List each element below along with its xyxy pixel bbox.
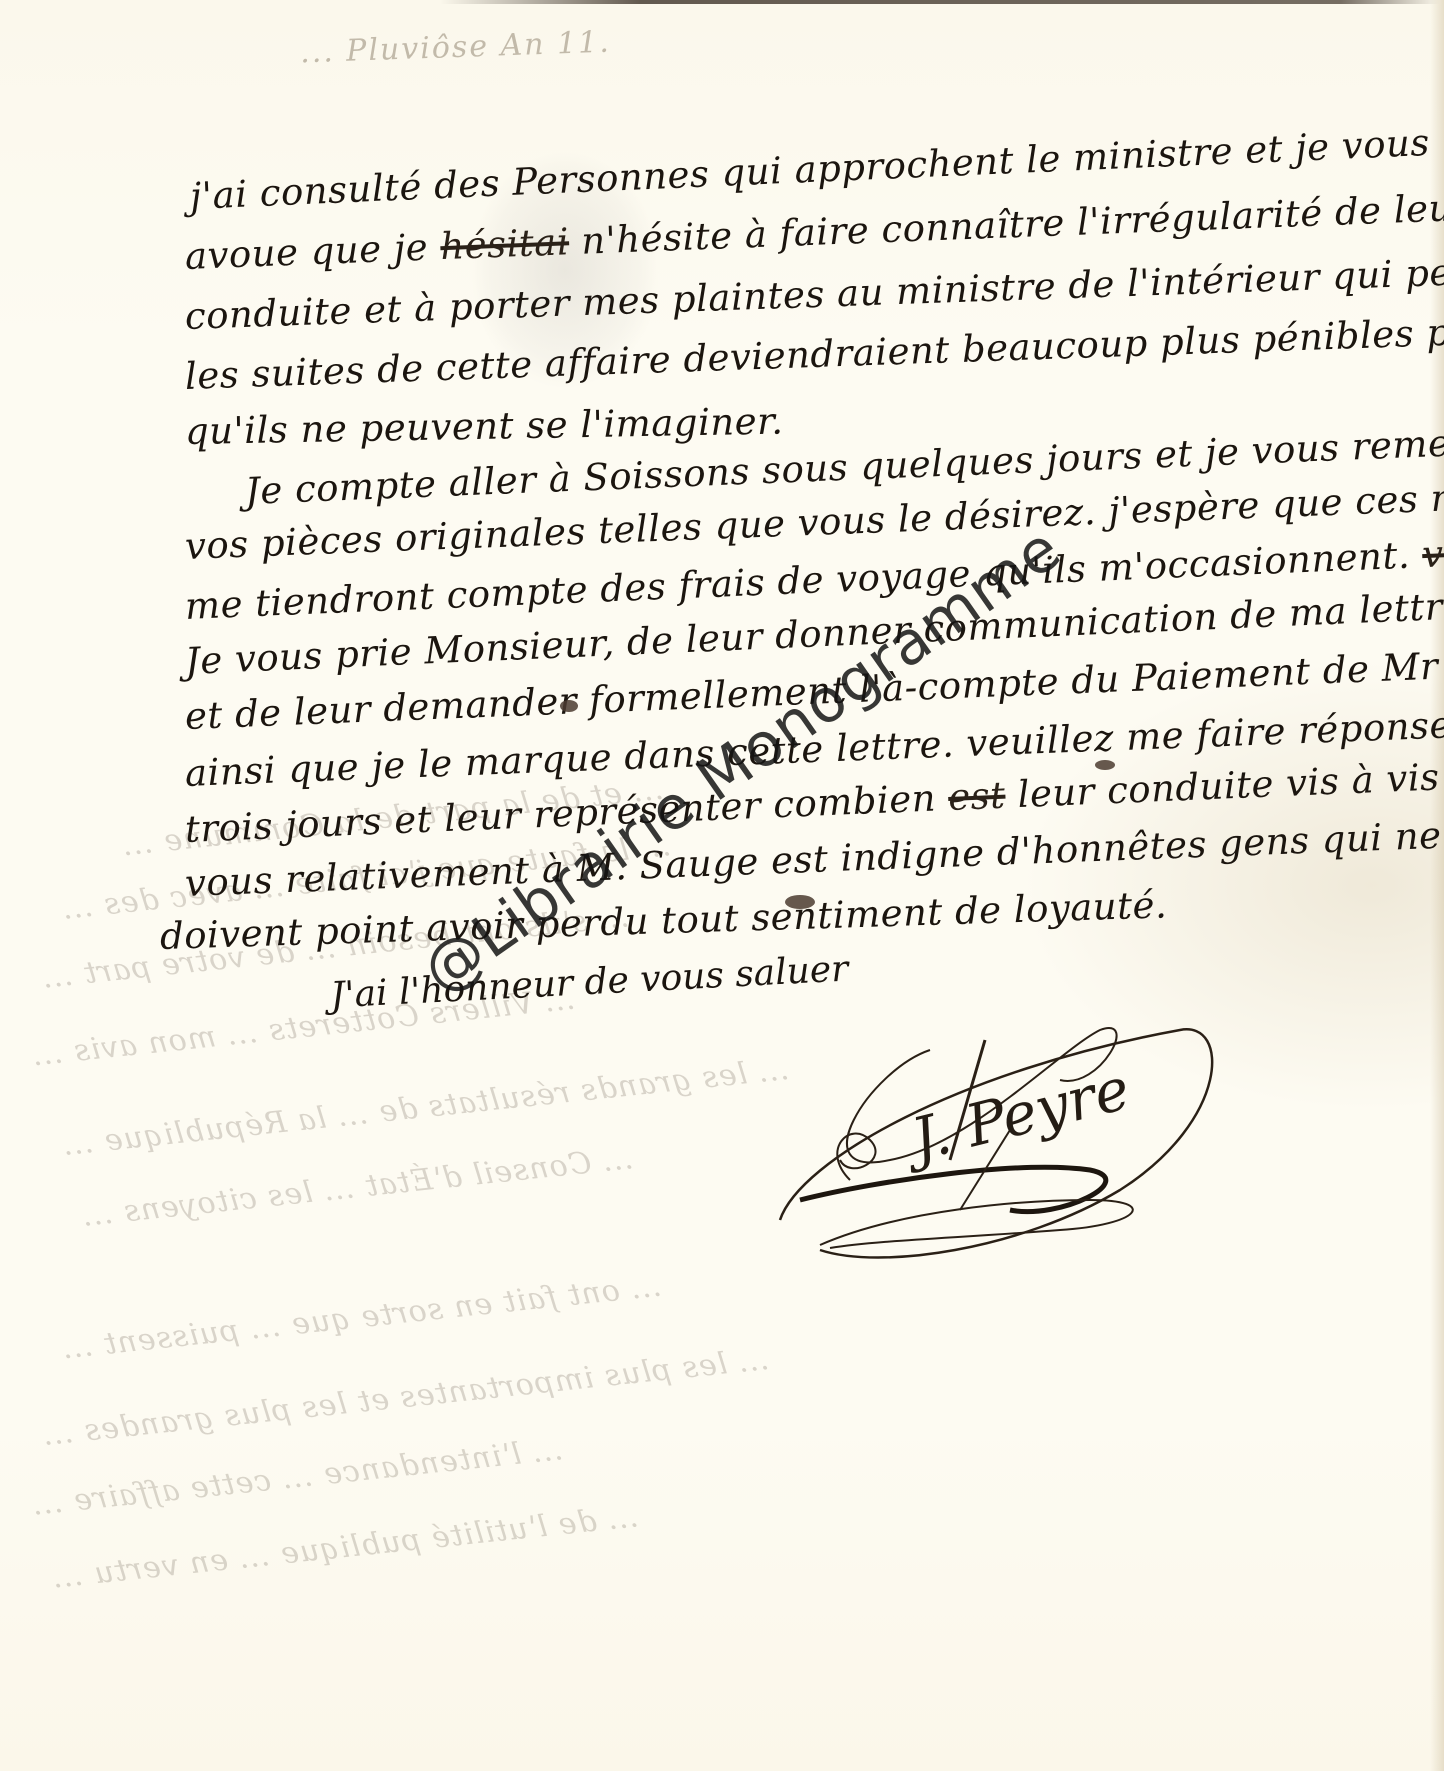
letter-line: qu'ils ne peuvent se l'imaginer.: [185, 400, 784, 453]
ink-blot: [785, 895, 815, 909]
struck-word: hésitai: [440, 220, 570, 268]
signature: J. Peyre: [760, 1010, 1240, 1280]
line-text-part: n'hésite à faire connaître l'irrégularit…: [568, 186, 1444, 264]
line-text-part: leur conduite vis à vis de: [1004, 753, 1444, 817]
line-text-part: avoue que je: [184, 225, 441, 278]
letter-body: j'ai consulté des Personnes qui approche…: [0, 0, 1444, 1771]
ink-blot: [560, 700, 578, 712]
ink-blot: [1095, 760, 1115, 770]
struck-word: est: [947, 774, 1006, 819]
struck-word: vous: [1421, 529, 1444, 576]
